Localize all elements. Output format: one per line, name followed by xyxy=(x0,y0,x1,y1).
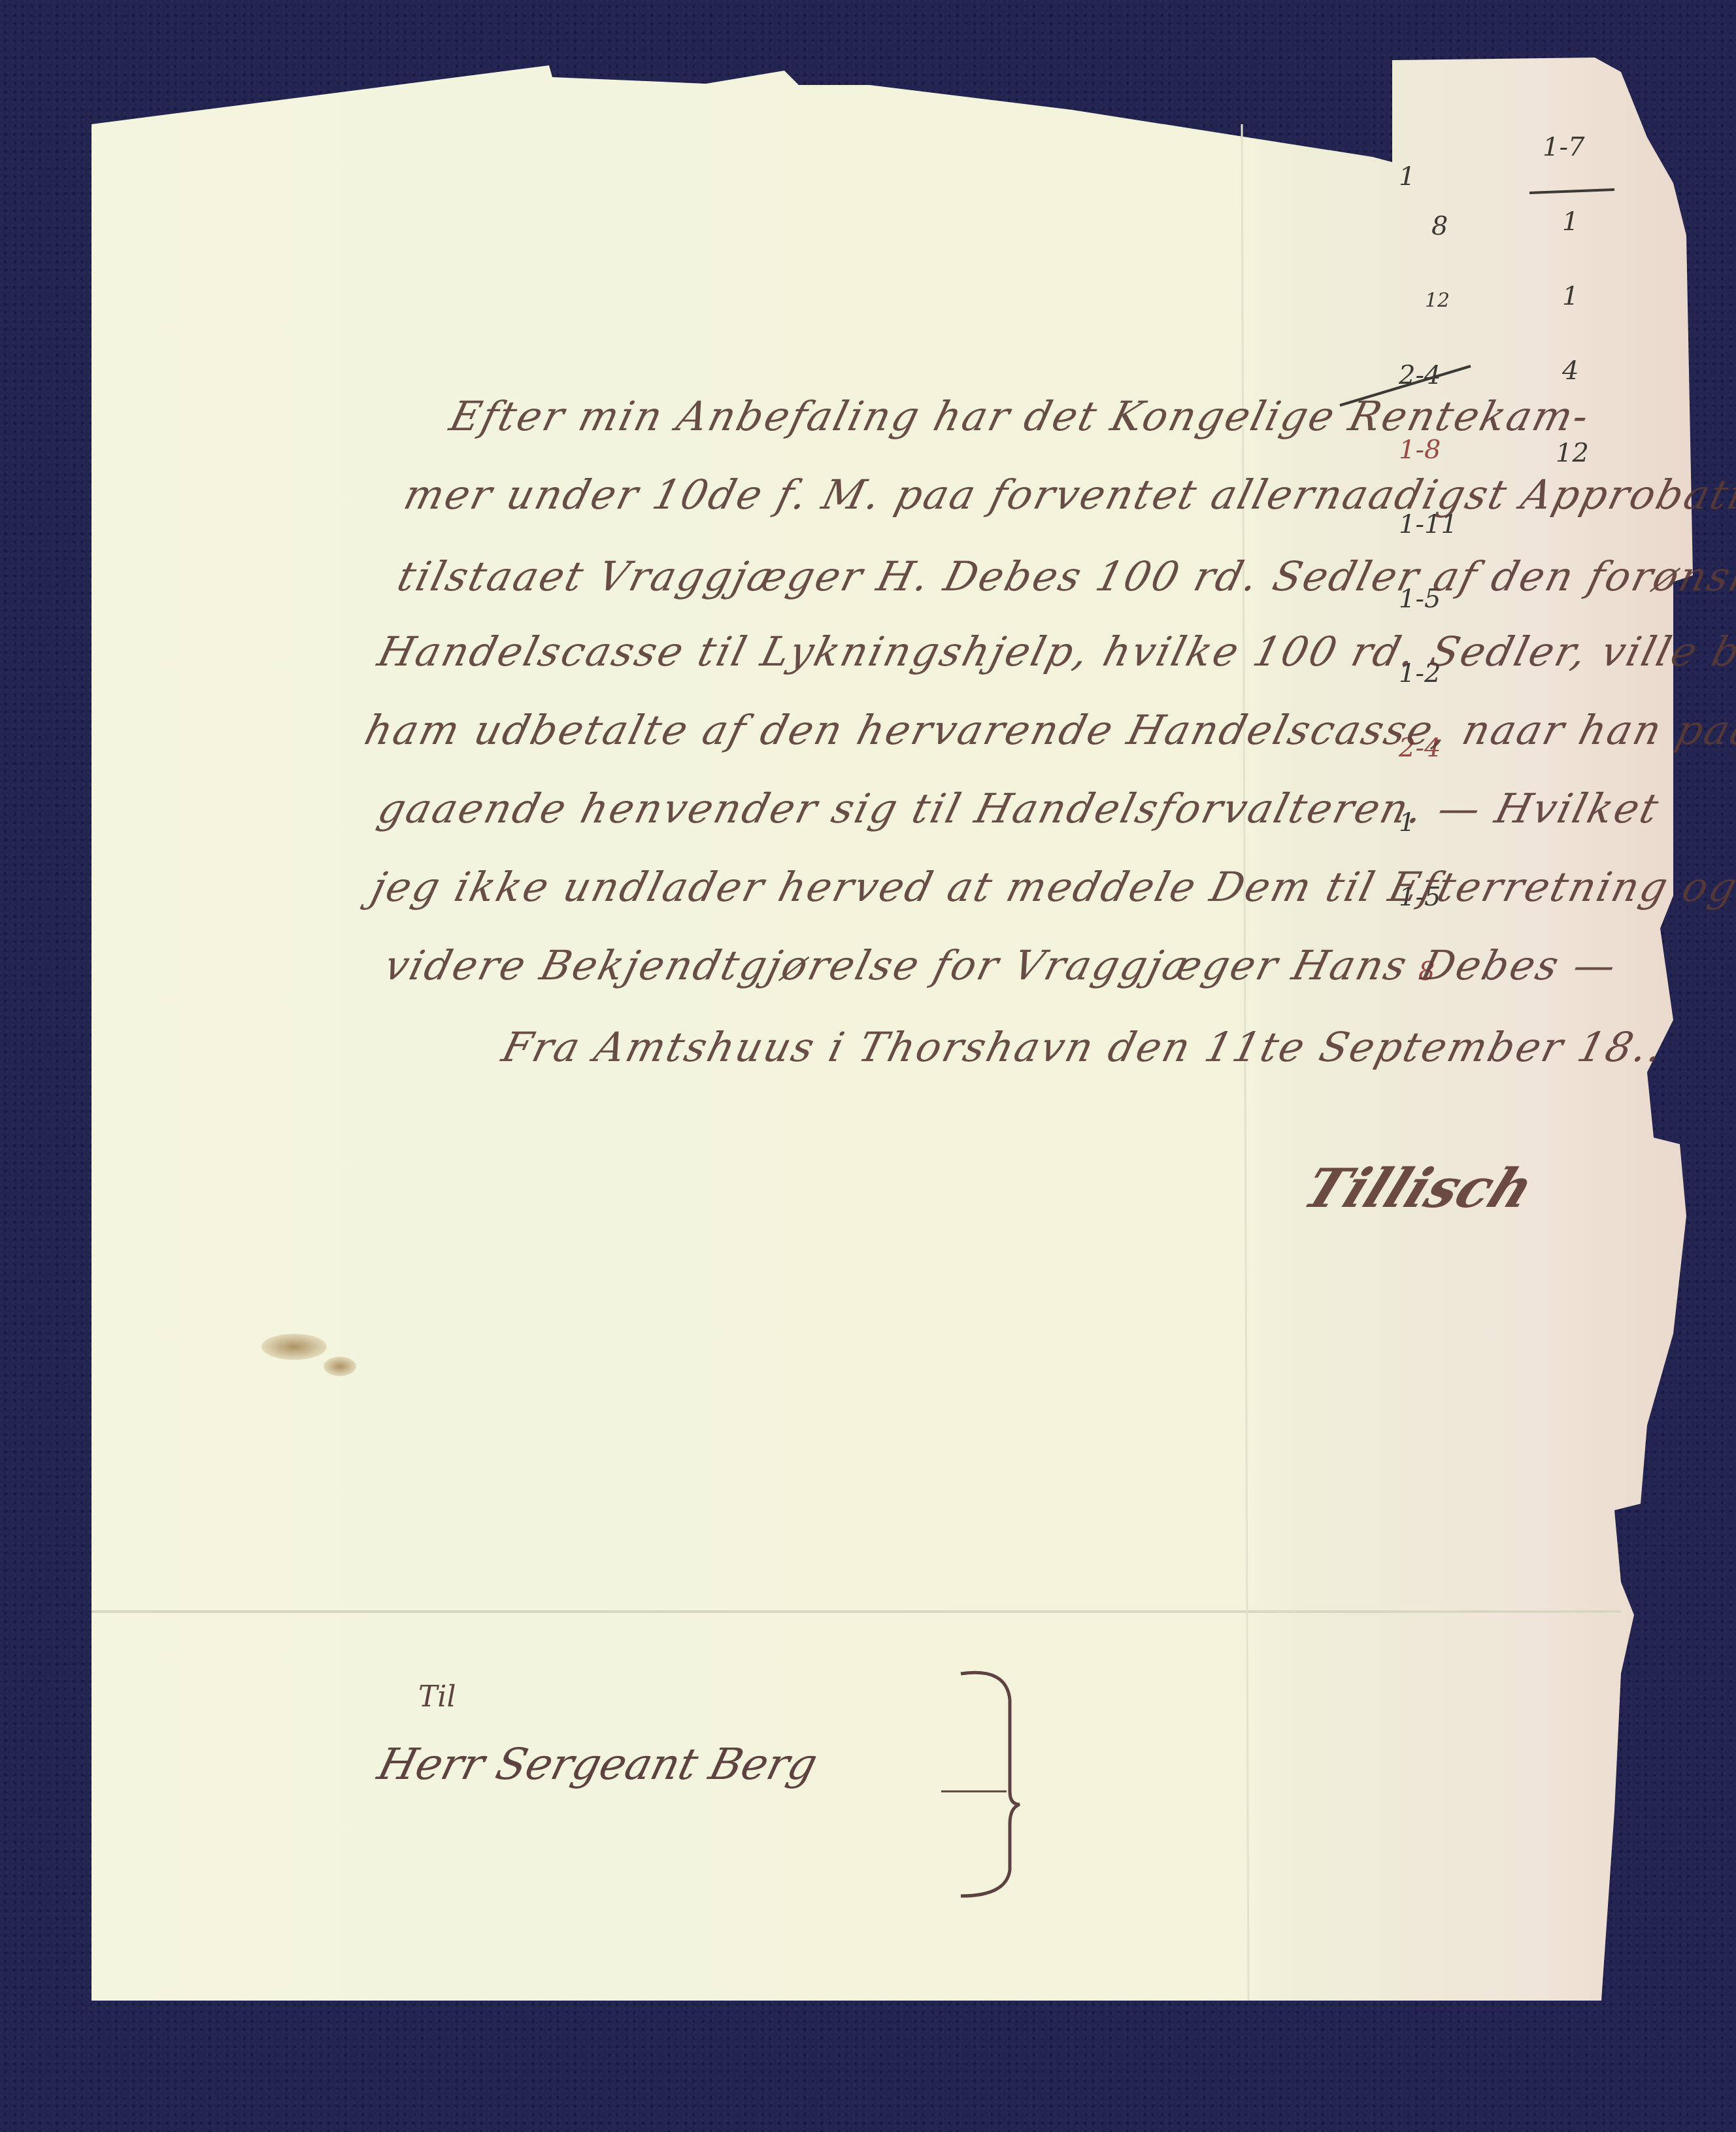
address-prefix: Til xyxy=(418,1680,456,1714)
tally-item: 1 xyxy=(1399,164,1458,189)
body-line: jeg ikke undlader herved at meddele Dem … xyxy=(367,863,1736,911)
body-line: ham udbetalte af den hervarende Handelsc… xyxy=(360,706,1736,754)
ink-stain xyxy=(324,1357,356,1376)
address-line: Herr Sergeant Berg xyxy=(373,1739,822,1789)
body-line: mer under 10de f. M. paa forventet aller… xyxy=(399,471,1736,518)
body-line: Efter min Anbefaling har det Kongelige R… xyxy=(445,392,1595,440)
tally-total: 12 xyxy=(1556,441,1589,465)
ink-stain xyxy=(261,1334,327,1360)
tally-item: 4 xyxy=(1562,358,1589,383)
document-scan: 1 8 12 2-4 1-8 1-11 1-5 1-2 2-4 1 1-5 8 … xyxy=(0,0,1736,2132)
tally-item: 1-8 xyxy=(1399,437,1458,462)
body-line: Handelscasse til Lykningshjelp, hvilke 1… xyxy=(373,628,1736,675)
tally-item: 1 xyxy=(1562,209,1589,234)
tally-item: 1 xyxy=(1562,284,1589,309)
body-line: gaaende henvender sig til Handelsforvalt… xyxy=(373,785,1665,832)
tally-item: 8 xyxy=(1431,214,1458,239)
body-line: videre Bekjendtgjørelse for Vraggjæger H… xyxy=(380,941,1623,989)
tally-item: 1-7 xyxy=(1543,135,1589,160)
tally-item: 2-4 xyxy=(1399,363,1458,388)
body-line: tilstaaet Vraggjæger H. Debes 100 rd. Se… xyxy=(393,552,1736,600)
margin-tally-right: 1-7 1 1 4 12 xyxy=(1543,85,1589,515)
tally-item: 12 xyxy=(1425,288,1458,313)
dateline: Fra Amtshuus i Thorshavn den 11te Septem… xyxy=(497,1023,1670,1071)
signature: Tillisch xyxy=(1295,1157,1543,1220)
